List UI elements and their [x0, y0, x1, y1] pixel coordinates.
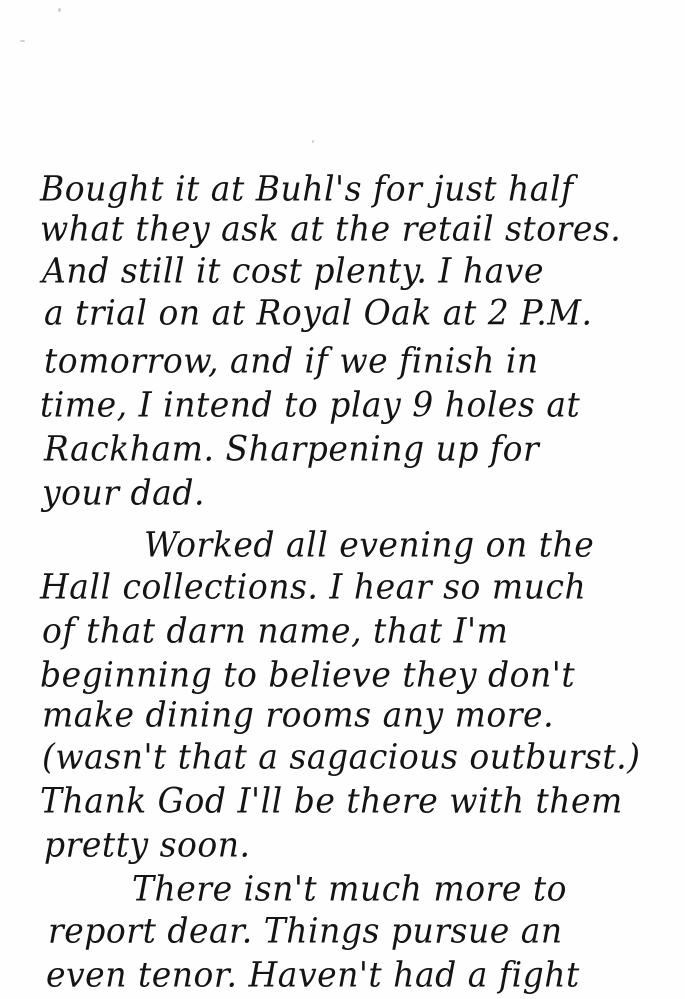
letter-line: a trial on at Royal Oak at 2 P.M.	[44, 292, 593, 333]
letter-line: report dear. Things pursue an	[48, 910, 563, 951]
letter-line: (wasn't that a sagacious outburst.)	[42, 736, 641, 777]
letter-line: time, I intend to play 9 holes at	[40, 384, 580, 425]
letter-line: even tenor. Haven't had a fight	[46, 954, 580, 995]
letter-line: There isn't much more to	[132, 868, 567, 909]
letter-line: Hall collections. I hear so much	[40, 566, 586, 607]
letter-line: of that darn name, that I'm	[42, 610, 508, 651]
letter-line: tomorrow, and if we finish in	[44, 340, 539, 381]
letter-line: Thank God I'll be there with them	[40, 780, 623, 821]
letter-line: Worked all evening on the	[144, 524, 594, 565]
letter-line: Bought it at Buhl's for just half	[40, 168, 574, 209]
letter-line: what they ask at the retail stores.	[40, 208, 621, 249]
paper-speck	[58, 8, 61, 12]
letter-page: Bought it at Buhl's for just half what t…	[0, 0, 685, 999]
letter-line: And still it cost plenty. I have	[42, 250, 544, 291]
letter-line: make dining rooms any more.	[42, 694, 554, 735]
letter-line: pretty soon.	[44, 824, 251, 865]
letter-line: Rackham. Sharpening up for	[44, 428, 539, 469]
paper-speck	[20, 40, 25, 42]
letter-line: your dad.	[42, 472, 205, 513]
letter-line: beginning to believe they don't	[40, 654, 575, 695]
paper-speck	[312, 140, 314, 143]
